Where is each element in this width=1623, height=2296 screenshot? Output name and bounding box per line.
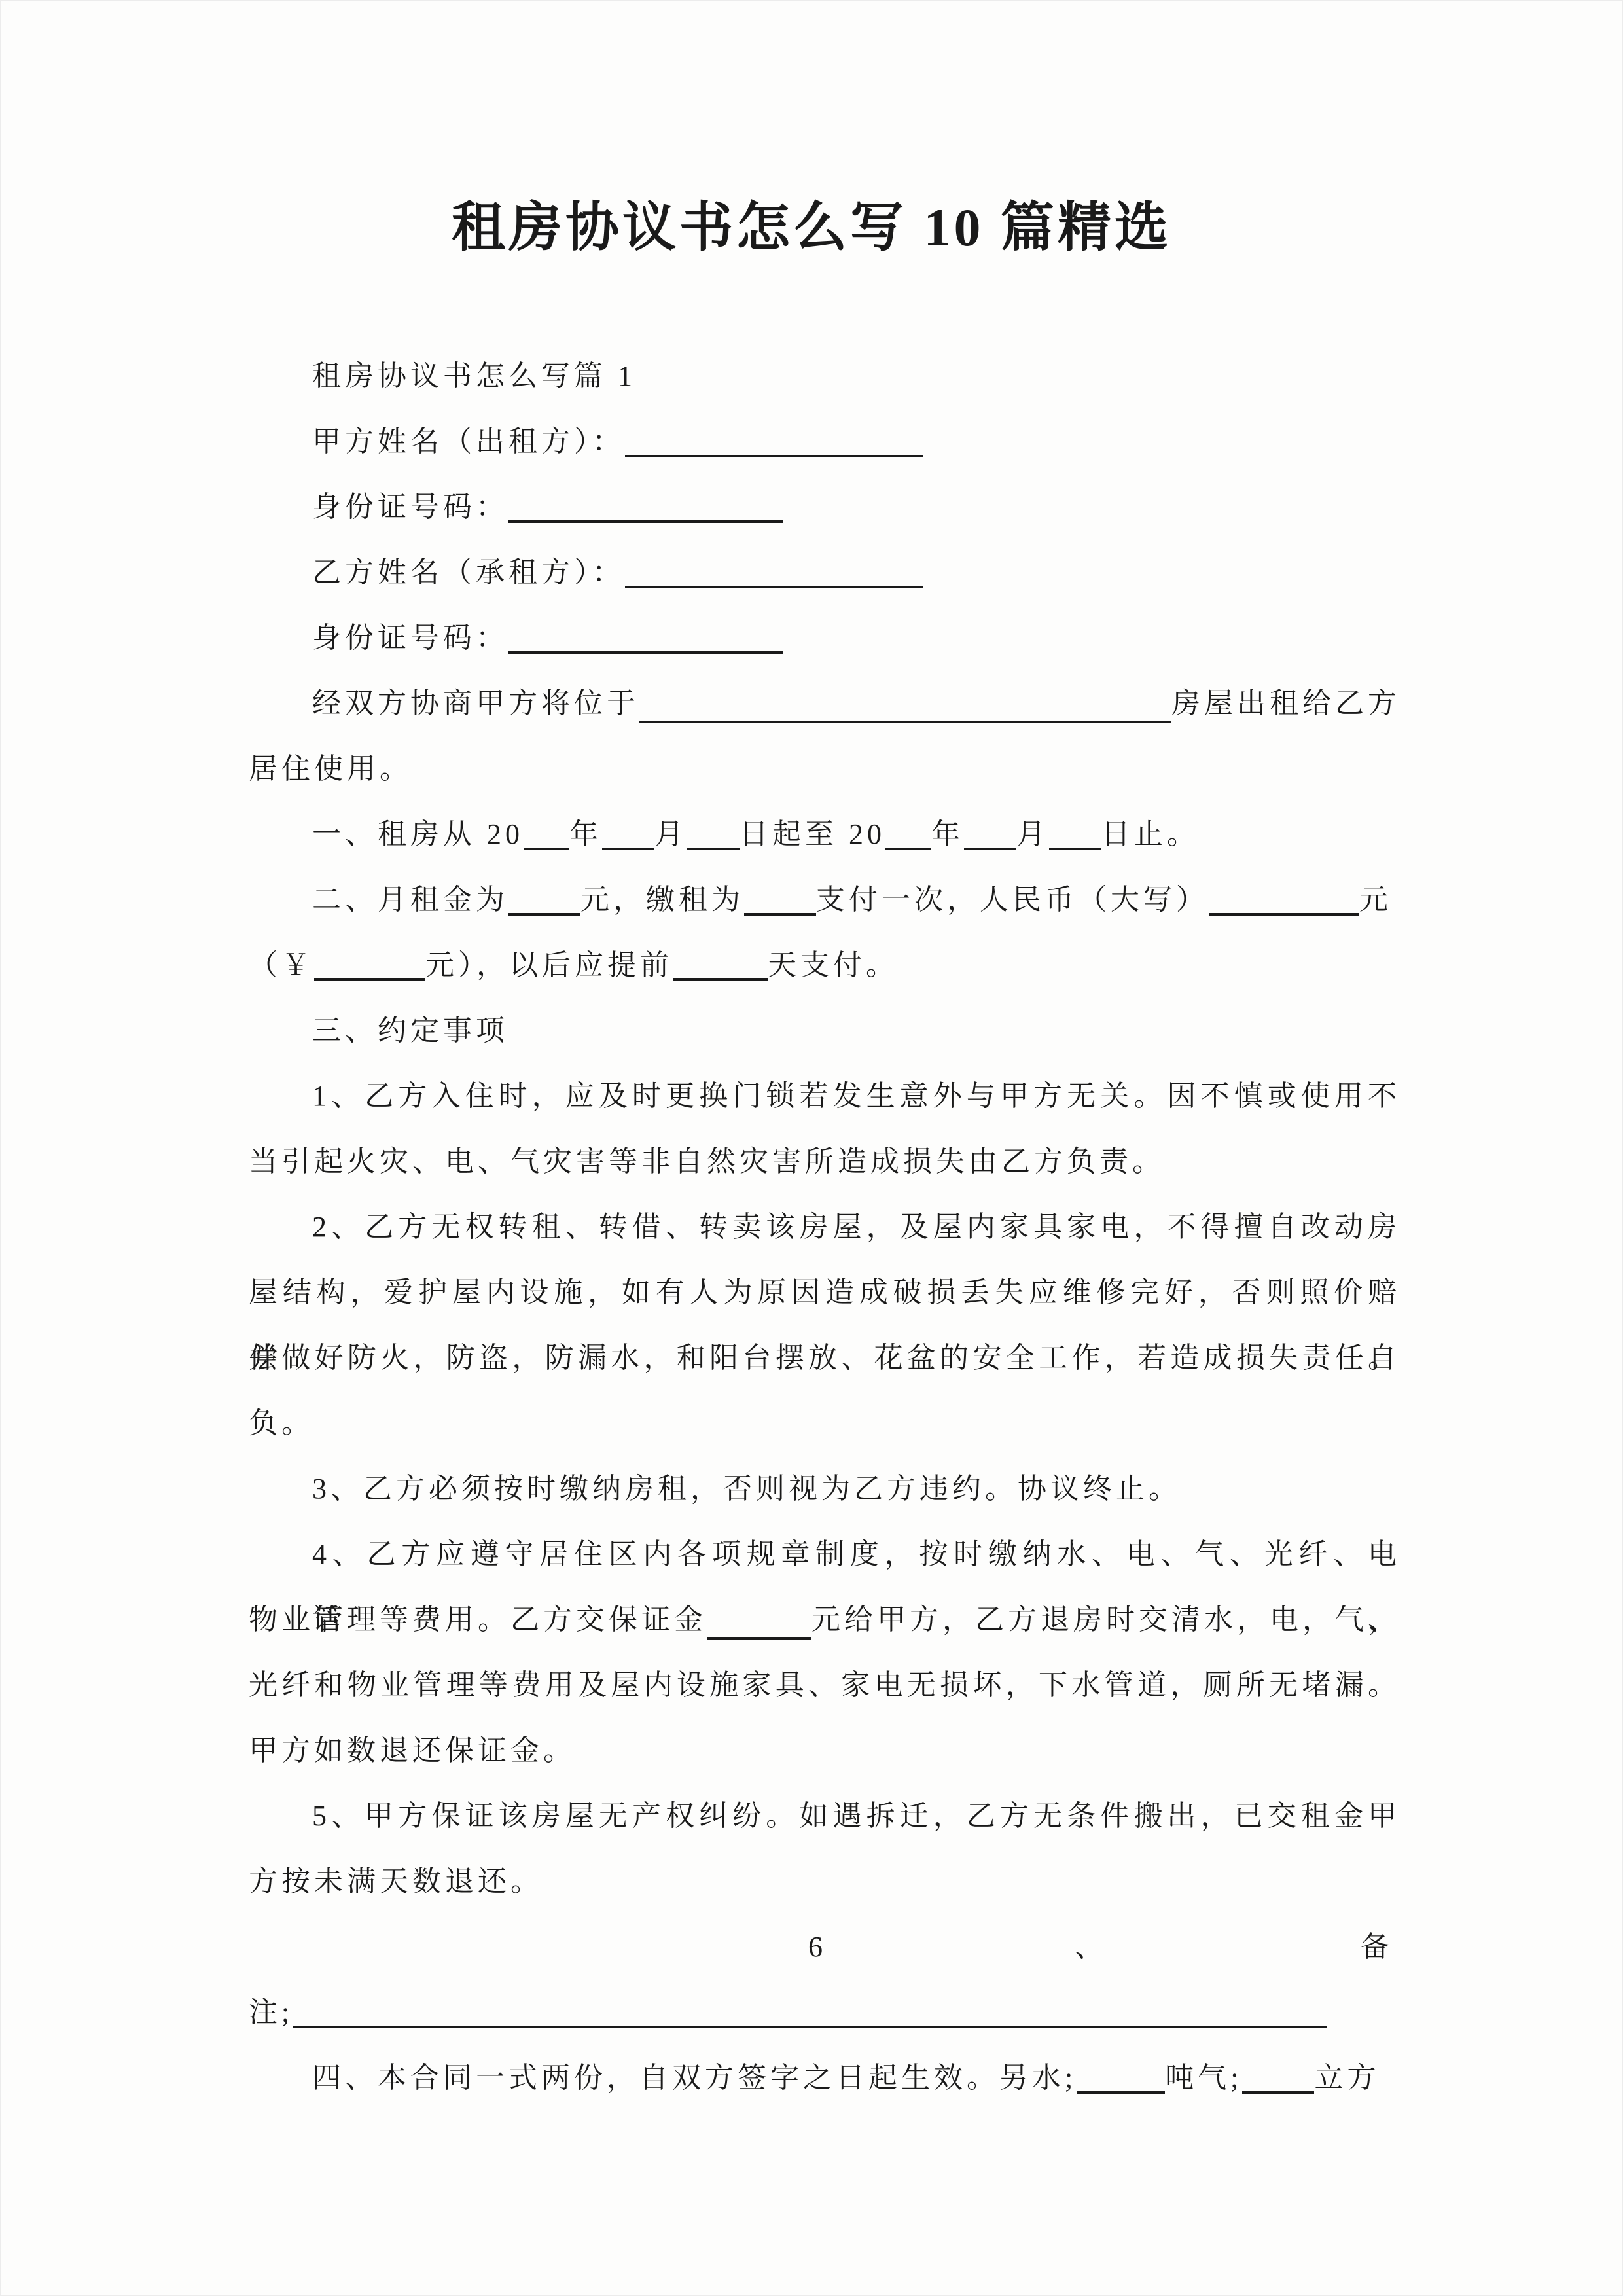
document-page: 租房协议书怎么写 10 篇精选 租房协议书怎么写篇 1甲方姓名（出租方）：身份证… <box>0 0 1623 2296</box>
document-line: 光纤和物业管理等费用及屋内设施家具、家电无损坏，下水管道，厕所无堵漏。 <box>249 1653 1400 1718</box>
blank-field <box>508 651 783 654</box>
text-segment: 立方 <box>1314 2062 1380 2094</box>
document-line: 1、乙方入住时，应及时更换门锁若发生意外与甲方无关。因不慎或使用不 <box>249 1064 1400 1129</box>
text-segment: 物业管理等费用。乙方交保证金 <box>249 1587 707 1653</box>
document-line: 当引起火灾、电、气灾害等非自然灾害所造成损失由乙方负责。 <box>249 1129 1400 1194</box>
text-segment: 年 <box>569 818 602 850</box>
text-segment: 吨气; <box>1165 2062 1242 2094</box>
document-line: 负。 <box>249 1391 1400 1456</box>
blank-field <box>744 913 816 916</box>
document-line: 身份证号码： <box>249 475 1400 540</box>
document-line: 注; <box>249 1980 1400 2045</box>
document-line: 四、本合同一式两份，自双方签字之日起生效。另水;吨气;立方 <box>249 2045 1400 2111</box>
section-heading: 租房协议书怎么写篇 1 <box>249 344 1400 409</box>
text-segment: 月 <box>1016 818 1049 850</box>
text-segment: 注; <box>249 1996 293 2028</box>
blank-field <box>673 978 768 981</box>
document-line: 甲方姓名（出租方）： <box>249 409 1400 475</box>
blank-field <box>625 455 923 457</box>
document-line: 5、甲方保证该房屋无产权纠纷。如遇拆迁，乙方无条件搬出，已交租金甲 <box>249 1784 1400 1849</box>
blank-field <box>1242 2091 1314 2094</box>
text-segment: 居住使用。 <box>249 753 412 785</box>
text-segment: 身份证号码： <box>312 491 508 523</box>
text-segment: 身份证号码： <box>312 622 508 654</box>
text-segment: 经双方协商甲方将位于 <box>312 671 639 736</box>
document-line: 方按未满天数退还。 <box>249 1849 1400 1914</box>
document-line: 物业管理等费用。乙方交保证金元给甲方，乙方退房时交清水，电，气， <box>249 1587 1400 1653</box>
document-line: 甲方如数退还保证金。 <box>249 1718 1400 1784</box>
document-line: 一、租房从 20年月日起至 20年月日止。 <box>249 802 1400 867</box>
text-segment: （￥ <box>249 949 314 981</box>
blank-field <box>885 848 931 850</box>
blank-field <box>1209 913 1359 916</box>
text-segment: 四、本合同一式两份，自双方签字之日起生效。另水; <box>312 2062 1077 2094</box>
text-segment: 房屋出租给乙方 <box>1171 671 1400 736</box>
text-segment: 日起至 20 <box>740 818 885 850</box>
blank-field <box>707 1637 811 1640</box>
text-segment: 方按未满天数退还。 <box>249 1865 543 1897</box>
text-segment: 元 <box>1359 884 1392 916</box>
text-segment: 5、甲方保证该房屋无产权纠纷。如遇拆迁，乙方无条件搬出，已交租金甲 <box>312 1800 1400 1832</box>
text-segment: 1、乙方入住时，应及时更换门锁若发生意外与甲方无关。因不慎或使用不 <box>312 1080 1400 1112</box>
blank-field <box>508 520 783 523</box>
text-segment: 2、乙方无权转租、转借、转卖该房屋，及屋内家具家电，不得擅自改动房 <box>312 1211 1400 1243</box>
text-segment: 三、约定事项 <box>312 1014 508 1047</box>
document-line: 二、月租金为元，缴租为支付一次，人民币（大写）元 <box>249 867 1400 933</box>
document-line: 乙方姓名（承租方）： <box>249 540 1400 605</box>
document-line: 4、乙方应遵守居住区内各项规章制度，按时缴纳水、电、气、光纤、电话、 <box>249 1522 1400 1587</box>
text-segment: 备 <box>1361 1914 1393 1980</box>
blank-field <box>1077 2091 1165 2094</box>
text-segment: 支付一次，人民币（大写） <box>816 884 1209 916</box>
text-segment: 天支付。 <box>768 949 899 981</box>
document-body: 租房协议书怎么写篇 1甲方姓名（出租方）：身份证号码：乙方姓名（承租方）：身份证… <box>249 344 1400 2111</box>
document-line: 并做好防火，防盗，防漏水，和阳台摆放、花盆的安全工作，若造成损失责任自 <box>249 1325 1400 1391</box>
document-line: 3、乙方必须按时缴纳房租，否则视为乙方违约。协议终止。 <box>249 1456 1400 1522</box>
text-segment: 元，缴租为 <box>580 884 744 916</box>
text-segment: 6 <box>808 1914 827 1980</box>
text-segment: 二、月租金为 <box>312 884 508 916</box>
document-line: 居住使用。 <box>249 736 1400 802</box>
blank-field <box>293 2026 1327 2028</box>
blank-field <box>687 848 740 850</box>
blank-field <box>314 978 425 981</box>
blank-field <box>524 848 569 850</box>
text-segment: 负。 <box>249 1407 314 1439</box>
text-segment: 年 <box>931 818 964 850</box>
blank-field <box>508 913 580 916</box>
blank-field <box>964 848 1016 850</box>
text-segment: 当引起火灾、电、气灾害等非自然灾害所造成损失由乙方负责。 <box>249 1145 1165 1177</box>
text-segment: 甲方如数退还保证金。 <box>249 1734 576 1767</box>
text-segment: 、 <box>1075 1914 1107 1980</box>
text-segment: 租房协议书怎么写篇 1 <box>312 360 636 392</box>
document-line: 屋结构，爱护屋内设施，如有人为原因造成破损丢失应维修完好，否则照价赔偿。 <box>249 1260 1400 1325</box>
text-segment: 月 <box>654 818 687 850</box>
document-line: （￥元），以后应提前天支付。 <box>249 933 1400 998</box>
text-segment: 元给甲方，乙方退房时交清水，电，气， <box>811 1587 1400 1653</box>
blank-field <box>1049 848 1101 850</box>
text-segment: 3、乙方必须按时缴纳房租，否则视为乙方违约。协议终止。 <box>312 1473 1181 1505</box>
blank-field <box>602 848 654 850</box>
text-segment: 甲方姓名（出租方）： <box>312 425 625 457</box>
blank-field <box>625 586 923 588</box>
text-segment: 并做好防火，防盗，防漏水，和阳台摆放、花盆的安全工作，若造成损失责任自 <box>249 1342 1400 1374</box>
document-line: 三、约定事项 <box>249 998 1400 1064</box>
text-segment: 一、租房从 20 <box>312 818 524 850</box>
document-line: 经双方协商甲方将位于房屋出租给乙方 <box>249 671 1400 736</box>
text-segment: 日止。 <box>1101 818 1200 850</box>
text-segment: 乙方姓名（承租方）： <box>312 556 625 588</box>
document-title: 租房协议书怎么写 10 篇精选 <box>0 182 1623 274</box>
text-segment: 光纤和物业管理等费用及屋内设施家具、家电无损坏，下水管道，厕所无堵漏。 <box>249 1669 1400 1701</box>
document-line: 身份证号码： <box>249 605 1400 671</box>
document-line: 2、乙方无权转租、转借、转卖该房屋，及屋内家具家电，不得擅自改动房 <box>249 1194 1400 1260</box>
text-segment: 元），以后应提前 <box>425 949 673 981</box>
blank-field <box>639 721 1171 723</box>
document-line: 6、备 <box>249 1914 1400 1980</box>
